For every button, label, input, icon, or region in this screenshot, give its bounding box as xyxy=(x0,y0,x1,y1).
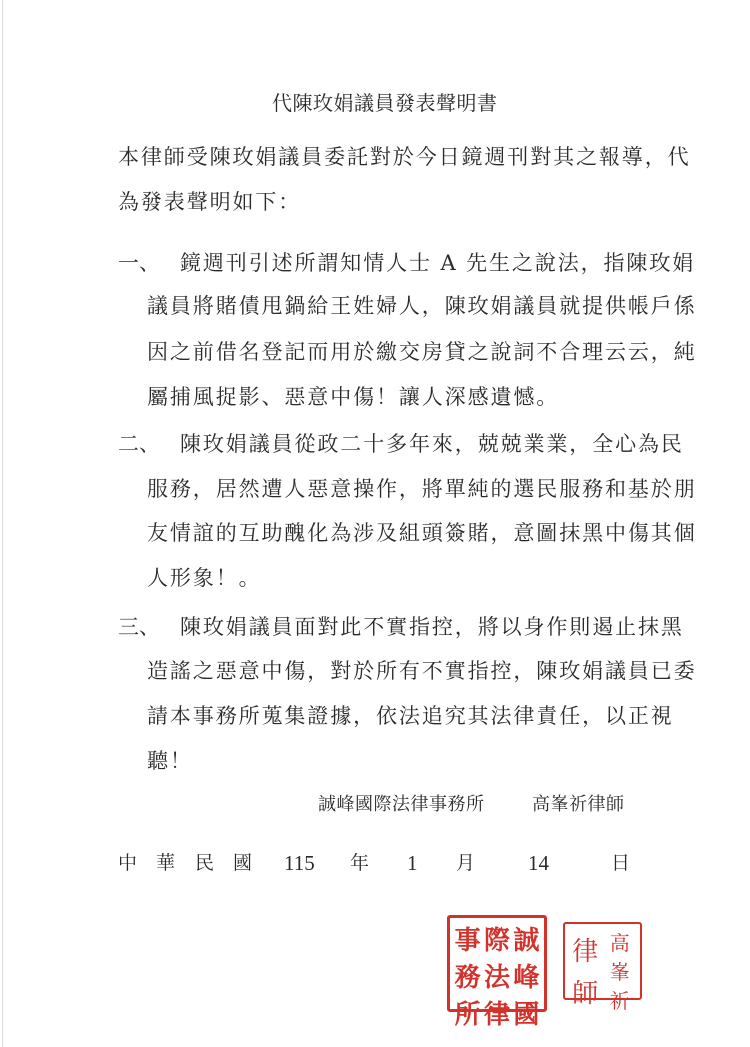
date-month-label: 月 xyxy=(456,850,475,876)
seal-char: 誠 xyxy=(512,920,541,957)
scan-edge-line xyxy=(2,0,3,1047)
date-era-char-4: 國 xyxy=(233,850,252,876)
seal-char: 際 xyxy=(482,920,511,957)
seal-char: 師 xyxy=(572,973,598,1010)
seal-char: 法 xyxy=(482,957,511,994)
lawyer-seal-stamp: 律 師 高 峯 祈 xyxy=(563,922,642,1000)
seal-char: 祈 xyxy=(610,985,630,1014)
seal-char: 高 xyxy=(610,927,630,956)
date-year: 115 xyxy=(284,850,315,876)
date-day-label: 日 xyxy=(611,850,630,876)
intro-line-2: 為發表聲明如下： xyxy=(118,189,301,215)
item-2-line-4: 人形象！。 xyxy=(147,565,262,591)
item-1-line-2: 議員將賭債甩鍋給王姓婦人，陳玫娟議員就提供帳戶係 xyxy=(147,293,697,319)
item-3-line-4: 聽！ xyxy=(147,748,193,774)
date-month: 1 xyxy=(407,850,418,876)
date-year-label: 年 xyxy=(350,850,369,876)
item-1-line-4: 屬捕風捉影、惡意中傷！讓人深感遺憾。 xyxy=(147,384,559,410)
item-3-number: 三、 xyxy=(118,614,160,640)
document-title: 代陳玫娟議員發表聲明書 xyxy=(272,90,498,116)
date-day: 14 xyxy=(528,850,549,876)
item-1-line-3: 因之前借名登記而用於繳交房貸之說詞不合理云云，純 xyxy=(147,339,697,365)
seal-char: 事 xyxy=(453,920,482,957)
item-2-line-3: 友情誼的互助醜化為涉及組頭簽賭，意圖抹黑中傷其個 xyxy=(147,520,697,546)
seal-char: 律 xyxy=(572,931,598,968)
seal-char: 所 xyxy=(453,994,482,1031)
item-3-line-1: 陳玫娟議員面對此不實指控，將以身作則遏止抹黑 xyxy=(180,614,684,640)
date-era-char-3: 民 xyxy=(195,850,214,876)
date-era-char-1: 中 xyxy=(118,850,137,876)
item-1-number: 一、 xyxy=(118,250,160,276)
seal-left-column: 律 師 xyxy=(568,927,603,1014)
item-3-line-2: 造謠之惡意中傷，對於所有不實指控，陳玫娟議員已委 xyxy=(147,658,697,684)
firm-seal-stamp: 事 際 誠 務 法 峰 所 律 國 xyxy=(447,915,547,1012)
seal-right-column: 高 峯 祈 xyxy=(603,927,638,1014)
signature-lawyer: 高峯祈律師 xyxy=(532,792,625,818)
seal-char: 峯 xyxy=(610,956,630,985)
item-3-line-3: 請本事務所蒐集證據，依法追究其法律責任，以正視 xyxy=(147,703,674,729)
intro-line-1: 本律師受陳玫娟議員委託對於今日鏡週刊對其之報導，代 xyxy=(118,144,691,170)
item-2-line-1: 陳玫娟議員從政二十多年來，兢兢業業，全心為民 xyxy=(180,431,684,457)
seal-char: 務 xyxy=(453,957,482,994)
item-2-line-2: 服務，居然遭人惡意操作，將單純的選民服務和基於朋 xyxy=(147,476,697,502)
item-1-line-1: 鏡週刊引述所謂知情人士 A 先生之說法，指陳玫娟 xyxy=(180,250,695,276)
signature-firm: 誠峰國際法律事務所 xyxy=(318,792,485,818)
seal-char: 峰 xyxy=(512,957,541,994)
seal-char: 律 xyxy=(482,994,511,1031)
date-era-char-2: 華 xyxy=(156,850,175,876)
item-2-number: 二、 xyxy=(118,431,160,457)
seal-char: 國 xyxy=(512,994,541,1031)
